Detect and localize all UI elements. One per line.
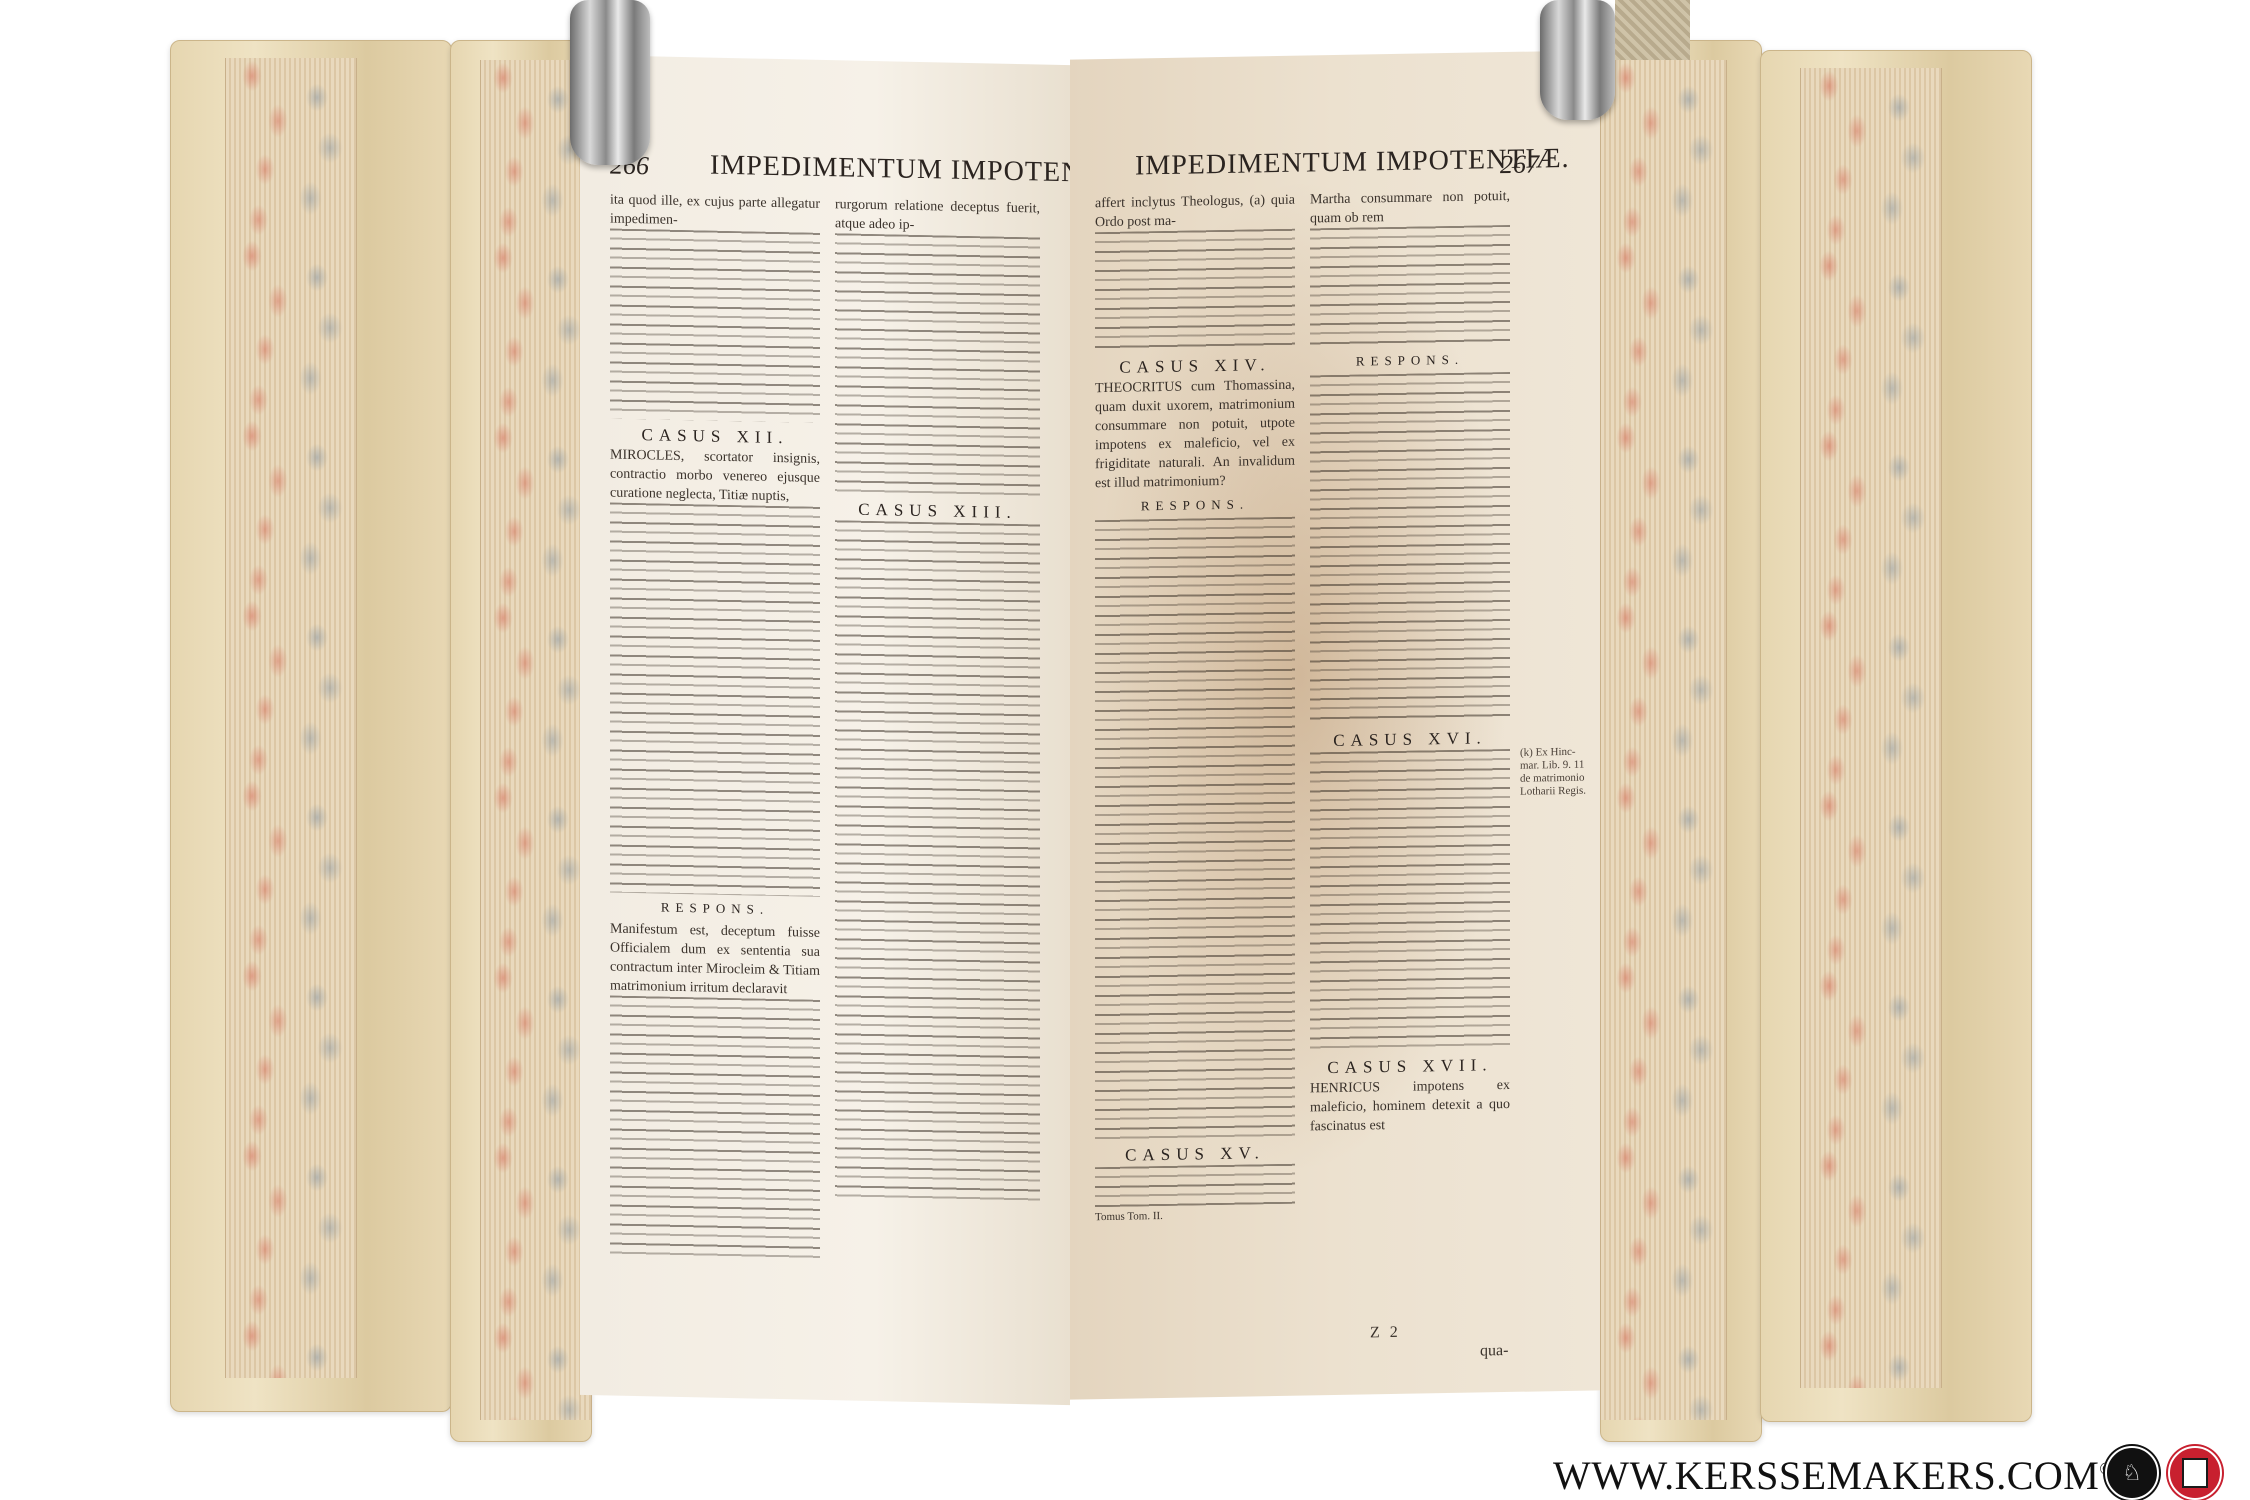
nva-logo-icon: ♘ [2105, 1446, 2159, 1500]
right-column: Martha consummare non potuit, quam ob re… [1310, 187, 1510, 1290]
text-block [610, 995, 820, 1259]
cloth-strap [1615, 0, 1690, 60]
left-page: 266 IMPEDIMENTUM IMPOTENTIÆ. ita quod il… [580, 55, 1070, 1405]
sprinkled-fore-edge [1800, 68, 1942, 1388]
casus-xii-text: MIROCLES, scortator insignis, contractio… [610, 447, 820, 504]
text-block [1310, 372, 1510, 725]
heading-casus-xiii: CASUS XIII. [835, 499, 1040, 522]
text-block [835, 520, 1040, 1204]
text-block [1095, 229, 1295, 352]
heading-respons: RESPONS. [1310, 349, 1510, 371]
casus-xvii-text: HENRICUS impotens ex maleficio, hominem … [1310, 1078, 1510, 1134]
text-block [1310, 225, 1510, 348]
text-block [835, 233, 1040, 497]
heading-casus-xiv: CASUS XIV. [1095, 355, 1295, 377]
heading-casus-xvii: CASUS XVII. [1310, 1055, 1510, 1077]
margin-note: (k) Ex Hinc-mar. Lib. 9. 11 de matrimoni… [1520, 746, 1590, 799]
sprinkled-fore-edge [225, 58, 357, 1378]
silver-clip-right [1540, 0, 1615, 120]
signature-mark: Z 2 [1370, 1324, 1401, 1343]
left-column: affert inclytus Theologus, (a) quia Ordo… [1095, 191, 1295, 1294]
text-block [1310, 749, 1510, 1052]
photo-scene: 266 IMPEDIMENTUM IMPOTENTIÆ. ita quod il… [0, 0, 2250, 1500]
heading-casus-xvi: CASUS XVI. [1310, 728, 1510, 750]
text-block [610, 228, 820, 422]
respons-text: Manifestum est, deceptum fuisse Official… [610, 921, 820, 997]
watermark-text: WWW.KERSSEMAKERS.COM [1553, 1453, 2099, 1498]
text-block [610, 502, 820, 896]
text-block [1095, 1164, 1295, 1207]
closed-volume-right [1760, 50, 2030, 1420]
heading-respons: RESPONS. [610, 896, 820, 919]
closed-volume-left [170, 40, 450, 1410]
right-page: IMPEDIMENTUM IMPOTENTIÆ. 267 affert incl… [1070, 50, 1600, 1399]
first-line: rurgorum relatione deceptus fuerit, atqu… [835, 197, 1040, 233]
page-number: 267 [1500, 149, 1539, 180]
catchword: qua- [1480, 1342, 1508, 1360]
website-watermark: WWW.KERSSEMAKERS.COM© [1553, 1452, 2114, 1499]
open-book-left-text-block [480, 60, 592, 1420]
ilab-logo-icon [2168, 1446, 2222, 1500]
open-book-right-text-block [1600, 60, 1727, 1420]
running-head: IMPEDIMENTUM IMPOTENTIÆ. [710, 150, 1070, 191]
first-line: Martha consummare non potuit, quam ob re… [1310, 189, 1510, 226]
first-line: affert inclytus Theologus, (a) quia Ordo… [1095, 193, 1295, 230]
casus-xiv-text: THEOCRITUS cum Thomassina, quam duxit ux… [1095, 378, 1295, 491]
right-column: rurgorum relatione deceptus fuerit, atqu… [835, 195, 1040, 1299]
left-column: ita quod ille, ex cujus parte allegatur … [610, 190, 820, 1294]
first-line: ita quod ille, ex cujus parte allegatur … [610, 192, 820, 227]
text-block [1095, 517, 1295, 1140]
heading-respons: RESPONS. [1095, 494, 1295, 516]
heading-casus-xii: CASUS XII. [610, 424, 820, 447]
silver-clip-left [570, 0, 650, 165]
heading-casus-xv: CASUS XV. [1095, 1143, 1295, 1165]
footer-left: Tomus Tom. II. [1095, 1210, 1163, 1223]
